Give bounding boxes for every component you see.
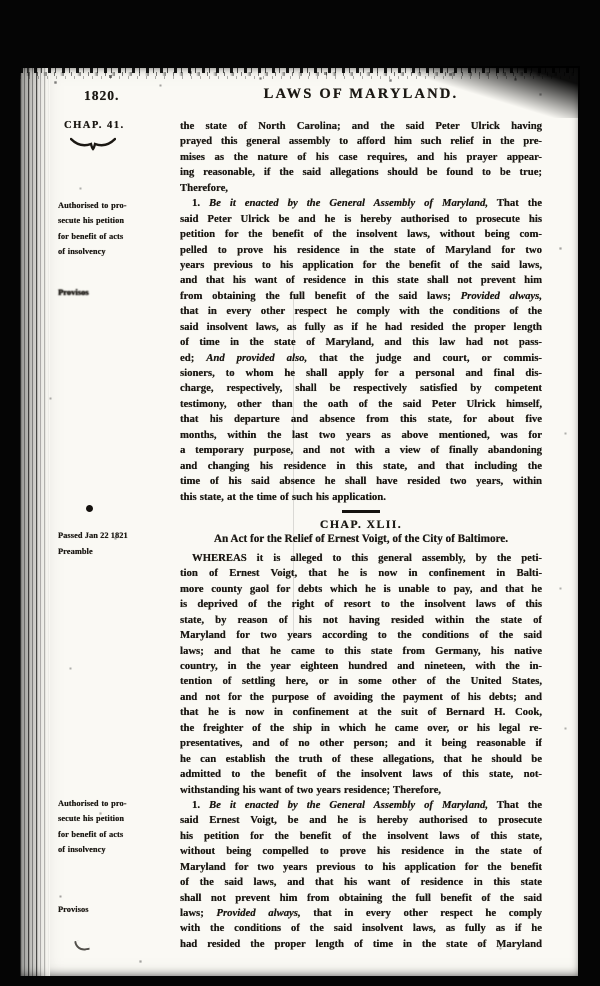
text-line: the state of North Carolina; and the sai…: [180, 119, 542, 134]
page-year: 1820.: [84, 88, 119, 104]
text-line: mises as the nature of his case requires…: [180, 150, 542, 165]
act-text-column: the state of North Carolina; and the sai…: [180, 119, 542, 952]
text-line: shall not prevent him from obtaining the…: [180, 891, 542, 906]
text-line: said Ernest Voigt, be and he is hereby a…: [180, 813, 542, 828]
text-line: testimony, other than the oath of the sa…: [180, 397, 542, 412]
text-line: WHEREAS it is alleged to this general as…: [180, 551, 542, 566]
margin-note-provisos-42: Provisos: [58, 905, 176, 916]
text-line: of the said laws, and that his want of r…: [180, 875, 542, 890]
text-line: time of his said absence he shall have r…: [180, 474, 542, 489]
text-line: Maryland for two years previous to his a…: [180, 860, 542, 875]
text-line: Maryland for two years according to the …: [180, 628, 542, 643]
text-line: more county gaol for debts which he is u…: [180, 582, 542, 597]
chap42-heading: CHAP. XLII.: [180, 517, 542, 532]
text-line: with the conditions of the said insolven…: [180, 921, 542, 936]
text-line: state, by reason of his not having resid…: [180, 613, 542, 628]
text-line: laws; Provided always, that in every oth…: [180, 906, 542, 921]
text-line: he can establish the truth of these alle…: [180, 752, 542, 767]
text-line: Authorised to pro-: [58, 799, 176, 814]
text-line: a temporary purpose, and not with a view…: [180, 443, 542, 458]
chap42-act-title: An Act for the Relief of Ernest Voigt, o…: [180, 532, 542, 549]
text-line: years previous to his application for th…: [180, 258, 542, 273]
text-line: said Peter Ulrick be and he is hereby au…: [180, 212, 542, 227]
text-line: presentatives, and of no other person; a…: [180, 736, 542, 751]
text-line: for benefit of acts: [58, 232, 176, 247]
text-line: his petition for the benefit of the inso…: [180, 829, 542, 844]
text-line: of insolvency: [58, 845, 176, 860]
text-line: tion of Ernest Voigt, that he is now in …: [180, 566, 542, 581]
section-divider-rule: [342, 510, 380, 513]
binding-gutter-shadow: [20, 68, 50, 976]
text-line: is deprived of the right of resort to th…: [180, 597, 542, 612]
text-line: pelled to prove his residence in the sta…: [180, 243, 542, 258]
text-line: ing reasonable, if the said allegations …: [180, 165, 542, 180]
chap41-enacting-paragraph: 1. Be it enacted by the General Assembly…: [180, 196, 542, 505]
text-line: and not for the purpose of avoiding the …: [180, 690, 542, 705]
ink-blot: [86, 505, 93, 512]
text-line: admitted to the benefit of the insolvent…: [180, 767, 542, 782]
scan-crease: [293, 298, 294, 638]
text-line: of insolvency: [58, 247, 176, 262]
text-line: the freighter of the ship in which he ca…: [180, 721, 542, 736]
text-line: for benefit of acts: [58, 830, 176, 845]
text-line: country, in the year eighteen hundred an…: [180, 659, 542, 674]
text-line: and that his want of residence in this s…: [180, 273, 542, 288]
text-line: that his departure and absence from this…: [180, 412, 542, 427]
text-line: that he is now in confinement at the sui…: [180, 705, 542, 720]
text-line: ed; And provided also, that the judge an…: [180, 351, 542, 366]
page-header: 1820. LAWS OF MARYLAND.: [20, 86, 578, 106]
text-line: from obtaining the full benefit of the s…: [180, 289, 542, 304]
text-line: this state, at the time of such his appl…: [180, 490, 542, 505]
text-line: that in every other respect he comply wi…: [180, 304, 542, 319]
margin-note-passed-date: Passed Jan 22 1821: [58, 531, 176, 542]
text-line: tention of settling here, or in some oth…: [180, 674, 542, 689]
text-line: laws; and that he came to this state fro…: [180, 644, 542, 659]
stray-ink-mark: [74, 939, 90, 952]
running-title: LAWS OF MARYLAND.: [180, 86, 542, 103]
margin-note-authorised-41: Authorised to pro-secute his petitionfor…: [58, 201, 176, 263]
text-line: of time in the state of Maryland, and th…: [180, 335, 542, 350]
chapter-brace-ornament: [70, 137, 116, 151]
text-line: said insolvent laws, as fully as if he h…: [180, 320, 542, 335]
margin-note-authorised-42: Authorised to pro-secute his petitionfor…: [58, 799, 176, 861]
margin-note-preamble: Preamble: [58, 547, 176, 558]
chapter-41-label: CHAP. 41.: [64, 120, 125, 131]
margin-note-proviso-41: Provisos: [58, 288, 176, 299]
text-line: and changing his residence in this state…: [180, 459, 542, 474]
text-line: 1. Be it enacted by the General Assembly…: [180, 798, 542, 813]
scanned-book-page: 1820. LAWS OF MARYLAND. CHAP. 41. Author…: [0, 0, 600, 986]
text-line: prayed this general assembly to afford h…: [180, 134, 542, 149]
text-line: petition for the benefit of the insolven…: [180, 227, 542, 242]
text-line: Authorised to pro-: [58, 201, 176, 216]
chap41-continuation-paragraph: the state of North Carolina; and the sai…: [180, 119, 542, 196]
text-line: 1. Be it enacted by the General Assembly…: [180, 196, 542, 211]
text-line: Therefore,: [180, 181, 542, 196]
text-line: had resided the proper length of time in…: [180, 937, 542, 952]
text-line: without being compelled to prove his res…: [180, 844, 542, 859]
chap42-preamble-paragraph: WHEREAS it is alleged to this general as…: [180, 551, 542, 798]
text-line: secute his petition: [58, 814, 176, 829]
text-line: secute his petition: [58, 216, 176, 231]
text-line: months, within the last two years as abo…: [180, 428, 542, 443]
text-line: sioners, to whom he shall apply for a pe…: [180, 366, 542, 381]
text-line: charge, respectively, shall be respectiv…: [180, 381, 542, 396]
text-line: withstanding his want of two years resid…: [180, 783, 542, 798]
ink-specks: [20, 68, 21, 69]
book-page: 1820. LAWS OF MARYLAND. CHAP. 41. Author…: [20, 68, 578, 976]
chap42-enacting-paragraph: 1. Be it enacted by the General Assembly…: [180, 798, 542, 952]
